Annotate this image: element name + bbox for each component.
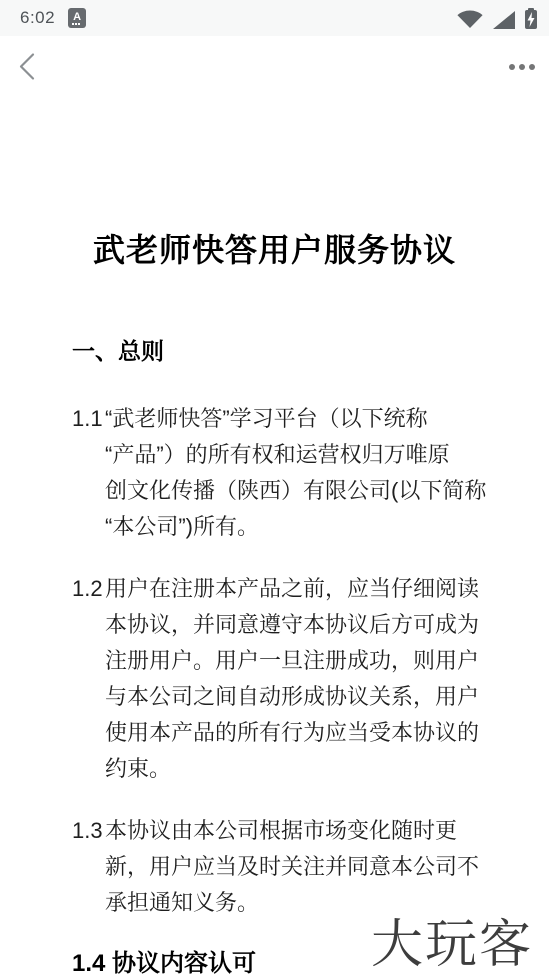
paragraph-number: 1.2 xyxy=(72,571,105,787)
paragraph-text: 用户在注册本产品之前，应当仔细阅读本协议，并同意遵守本协议后方可成为注册用户。用… xyxy=(105,571,479,787)
back-button[interactable] xyxy=(12,48,42,89)
paragraph-line: 注册用户。用户一旦注册成功，则用户 xyxy=(105,643,479,679)
cellular-signal-icon xyxy=(493,11,515,29)
agreement-paragraph: 1.2用户在注册本产品之前，应当仔细阅读本协议，并同意遵守本协议后方可成为注册用… xyxy=(72,571,477,787)
paragraph-line: “本公司”)所有。 xyxy=(105,509,486,545)
paragraph-text: “武老师快答”学习平台（以下统称“产品”）的所有权和运营权归万唯原创文化传播（陕… xyxy=(105,401,486,545)
status-bar-left: 6:02 A xyxy=(20,8,86,28)
status-bar: 6:02 A xyxy=(0,0,549,36)
badge-dots xyxy=(72,23,74,25)
watermark: 大玩客 xyxy=(371,917,533,973)
document-title: 武老师快答用户服务协议 xyxy=(72,232,477,268)
status-bar-right xyxy=(457,8,537,29)
paragraph-line: 与本公司之间自动形成协议关系，用户 xyxy=(105,679,479,715)
chevron-left-icon xyxy=(16,52,38,82)
badge-letter: A xyxy=(73,11,81,23)
paragraph-line: “武老师快答”学习平台（以下统称 xyxy=(105,401,486,437)
agreement-paragraph: 1.3本协议由本公司根据市场变化随时更新，用户应当及时关注并同意本公司不承担通知… xyxy=(72,813,477,921)
paragraph-line: 使用本产品的所有行为应当受本协议的 xyxy=(105,715,479,751)
paragraph-line: 新，用户应当及时关注并同意本公司不 xyxy=(105,849,479,885)
ellipsis-icon xyxy=(507,58,537,76)
paragraph-line: “产品”）的所有权和运营权归万唯原 xyxy=(105,437,486,473)
paragraph-number: 1.1 xyxy=(72,401,105,545)
input-method-badge-icon: A xyxy=(68,8,86,28)
battery-charging-icon xyxy=(525,10,537,29)
nav-bar xyxy=(0,36,549,96)
agreement-document: 武老师快答用户服务协议 一、总则 1.1“武老师快答”学习平台（以下统称“产品”… xyxy=(0,232,549,977)
paragraph-line: 约束。 xyxy=(105,751,479,787)
paragraph-line: 本协议由本公司根据市场变化随时更 xyxy=(105,813,479,849)
agreement-paragraph: 1.1“武老师快答”学习平台（以下统称“产品”）的所有权和运营权归万唯原创文化传… xyxy=(72,401,477,545)
paragraph-line: 本协议，并同意遵守本协议后方可成为 xyxy=(105,607,479,643)
status-time: 6:02 xyxy=(20,8,55,28)
paragraph-number: 1.3 xyxy=(72,813,105,921)
paragraph-text: 本协议由本公司根据市场变化随时更新，用户应当及时关注并同意本公司不承担通知义务。 xyxy=(105,813,479,921)
subsection-number: 1.4 xyxy=(72,950,105,977)
subsection-label: 协议内容认可 xyxy=(112,950,256,977)
paragraph-line: 创文化传播（陕西）有限公司(以下简称 xyxy=(105,473,486,509)
more-options-button[interactable] xyxy=(503,54,541,80)
section-heading: 一、总则 xyxy=(72,336,477,366)
paragraph-line: 用户在注册本产品之前，应当仔细阅读 xyxy=(105,571,479,607)
wifi-icon xyxy=(457,9,483,29)
paragraph-list: 1.1“武老师快答”学习平台（以下统称“产品”）的所有权和运营权归万唯原创文化传… xyxy=(72,401,477,921)
